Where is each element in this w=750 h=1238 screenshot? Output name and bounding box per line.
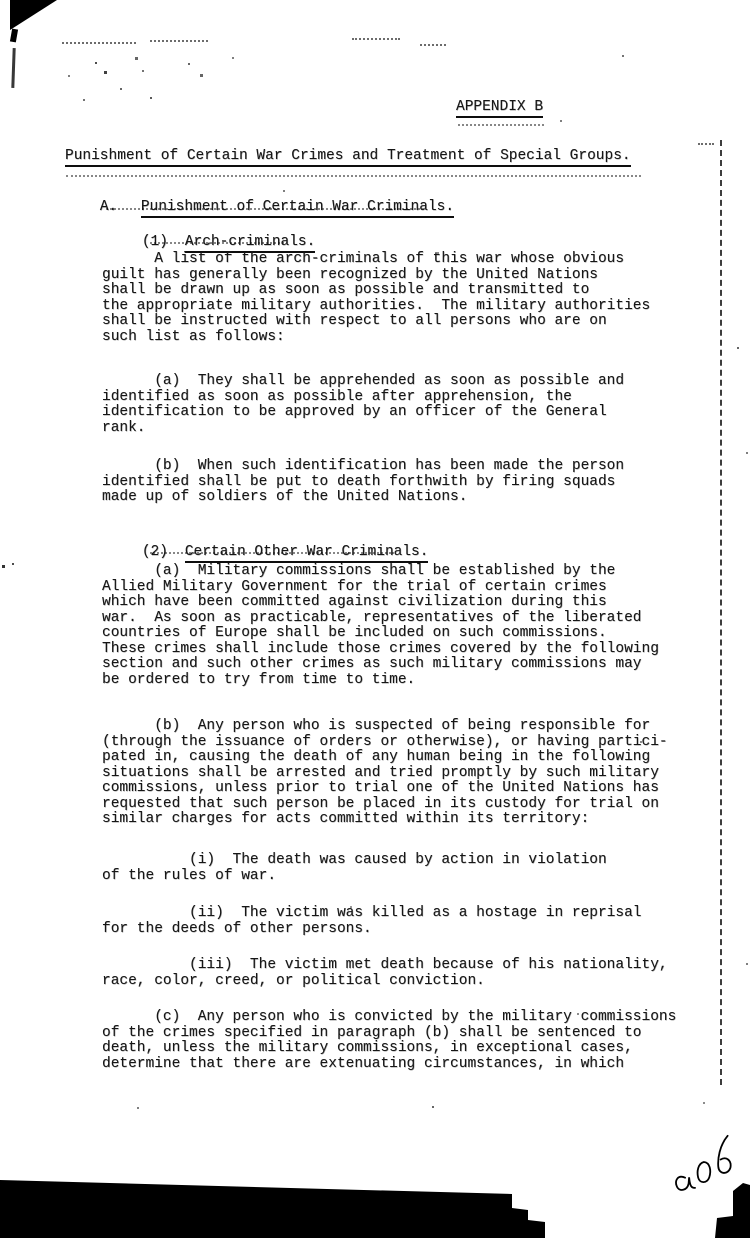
appendix-heading: APPENDIX B: [456, 100, 543, 116]
title-underline-echo: [66, 175, 641, 177]
scan-dash-artifact: [352, 38, 400, 40]
paragraph-2b: (b) Any person who is suspected of being…: [102, 719, 668, 828]
page-edge-line: [720, 140, 722, 1085]
handwritten-page-mark: [665, 1129, 742, 1199]
scanned-document-page: APPENDIX B Punishment of Certain War Cri…: [0, 0, 750, 1238]
appendix-underline-echo: [458, 124, 544, 126]
paragraph-2a: (a) Military commissions shall be establ…: [102, 564, 659, 688]
paragraph-2b-i: (i) The death was caused by action in vi…: [102, 853, 607, 884]
scan-edge-smudge: [11, 48, 15, 88]
section-a-underline-echo: [106, 208, 424, 210]
item-2-underline-echo: [150, 552, 394, 554]
item-1-underline-echo: [150, 242, 284, 244]
scan-dash-artifact: [150, 40, 208, 42]
scan-dash-artifact: [420, 44, 446, 46]
paragraph-1b: (b) When such identification has been ma…: [102, 459, 624, 506]
scan-edge-smudge: [10, 29, 18, 43]
paragraph-arch-criminals-intro: A list of the arch-criminals of this war…: [102, 252, 650, 345]
scan-dash-artifact: [698, 143, 714, 145]
scan-corner-fold-artifact: [10, 0, 57, 30]
paragraph-2b-iii: (iii) The victim met death because of hi…: [102, 958, 668, 989]
document-title: Punishment of Certain War Crimes and Tre…: [65, 149, 631, 165]
appendix-label: APPENDIX B: [456, 99, 543, 118]
paragraph-1a: (a) They shall be apprehended as soon as…: [102, 374, 624, 436]
scan-speckles: [0, 0, 3, 3]
redaction-black-bar: [0, 1178, 545, 1238]
paragraph-2c: (c) Any person who is convicted by the m…: [102, 1010, 676, 1072]
paragraph-2b-ii: (ii) The victim was killed as a hostage …: [102, 906, 642, 937]
scan-dash-artifact: [62, 42, 136, 44]
